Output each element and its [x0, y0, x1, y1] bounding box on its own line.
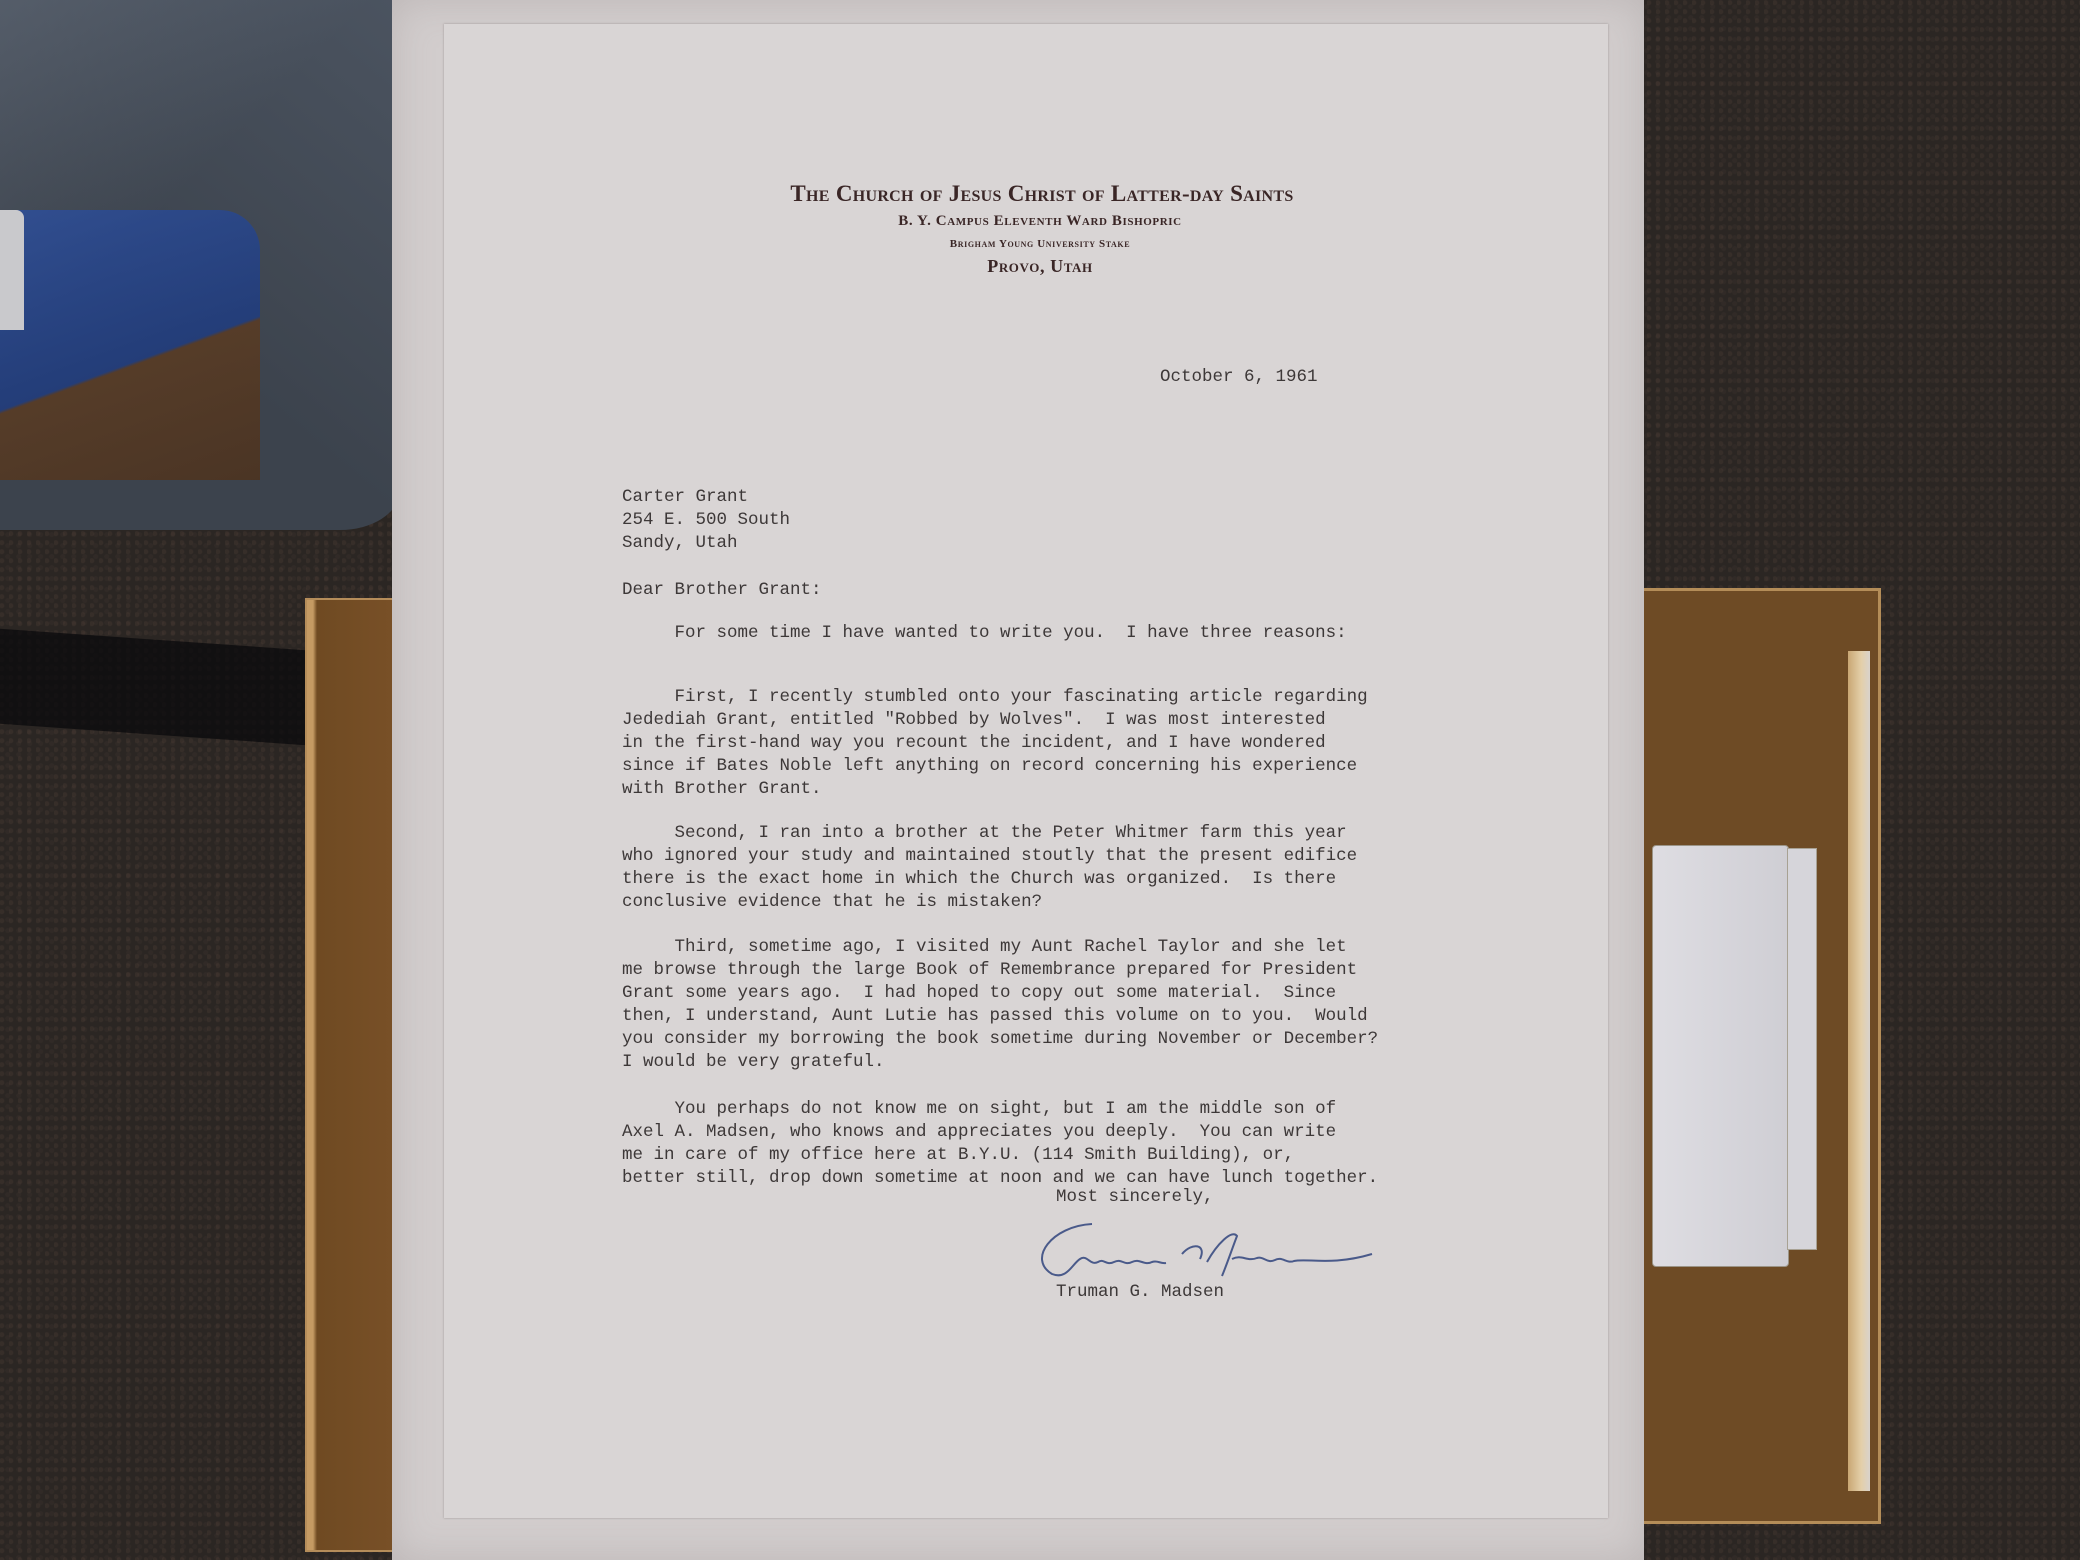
paragraph-second-reason: Second, I ran into a brother at the Pete… [622, 822, 1357, 914]
white-book-pages [1787, 848, 1817, 1250]
recipient-address: Carter Grant 254 E. 500 South Sandy, Uta… [622, 486, 790, 555]
cardboard-torn-edge [1848, 651, 1870, 1491]
recipient-name: Carter Grant [622, 487, 748, 507]
recipient-street: 254 E. 500 South [622, 510, 790, 530]
recipient-city: Sandy, Utah [622, 533, 738, 553]
paragraph-closing-note: You perhaps do not know me on sight, but… [622, 1098, 1378, 1190]
closing: Most sincerely, [1056, 1186, 1214, 1209]
signer-name: Truman G. Madsen [1056, 1281, 1224, 1304]
paragraph-third-reason: Third, sometime ago, I visited my Aunt R… [622, 936, 1378, 1074]
handwritten-signature [1032, 1214, 1382, 1284]
letter-date: October 6, 1961 [1160, 366, 1318, 389]
letterhead-church: The Church of Jesus Christ of Latter-day… [476, 181, 1608, 207]
white-book [1652, 845, 1789, 1267]
letterhead-ward: B. Y. Campus Eleventh Ward Bishopric [472, 213, 1608, 230]
carpet-shadow [0, 629, 320, 746]
letter-page: The Church of Jesus Christ of Latter-day… [444, 24, 1608, 1518]
letterhead: The Church of Jesus Christ of Latter-day… [444, 159, 1608, 277]
paragraph-intro: For some time I have wanted to write you… [622, 622, 1347, 645]
paper-scrap [0, 210, 24, 330]
letterhead-city: Provo, Utah [472, 256, 1608, 277]
salutation: Dear Brother Grant: [622, 579, 822, 602]
blue-box-under-bag [0, 210, 260, 480]
paragraph-first-reason: First, I recently stumbled onto your fas… [622, 686, 1368, 801]
letterhead-stake: Brigham Young University Stake [472, 238, 1608, 250]
